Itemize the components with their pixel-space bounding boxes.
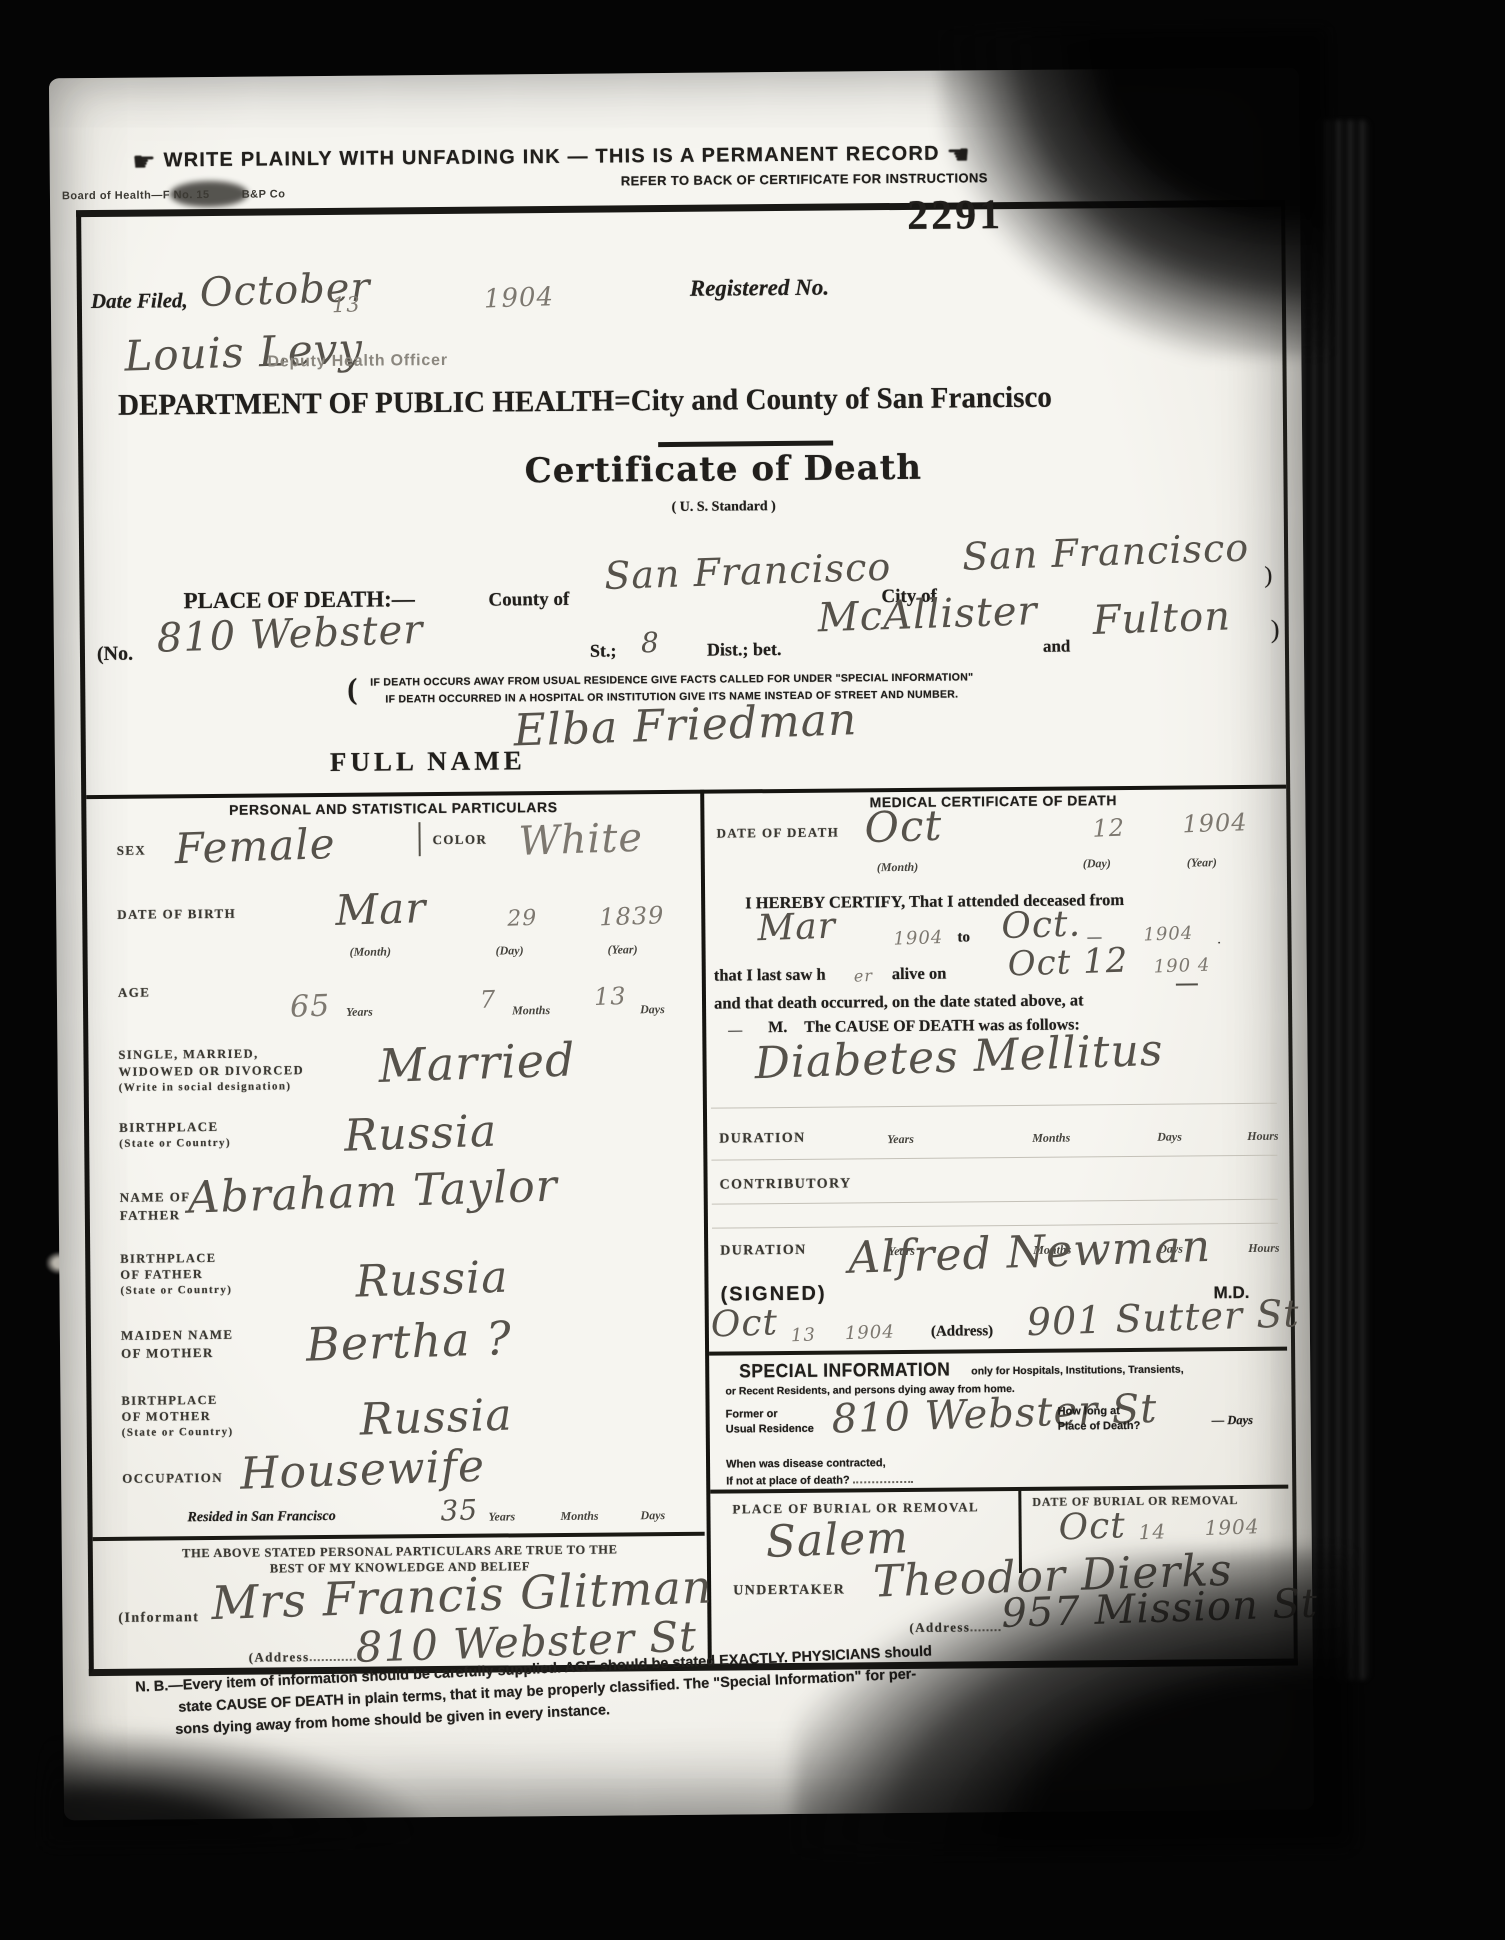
- district-close-paren: ): [1271, 615, 1280, 645]
- last-saw-suffix: alive on: [892, 964, 947, 984]
- resided-months-caption: Months: [560, 1509, 598, 1524]
- city-value: San Francisco: [961, 525, 1249, 578]
- color-value: White: [518, 815, 644, 865]
- signed-month: Oct: [710, 1302, 778, 1345]
- dob-year: 1839: [599, 901, 665, 931]
- contracted-label-1: When was disease contracted,: [726, 1456, 913, 1473]
- certificate-box: Date Filed, October 13 1904 Registered N…: [76, 200, 1298, 1676]
- signed-year: 1904: [845, 1321, 895, 1344]
- age-years-caption: Years: [346, 1005, 373, 1020]
- marital-label-2: WIDOWED OR DIVORCED: [119, 1062, 305, 1080]
- signed-day: 13: [791, 1324, 817, 1346]
- father-bp-label-3: (State or Country): [120, 1282, 232, 1297]
- date-of-death-day: 12: [1092, 814, 1125, 843]
- father-birthplace-value: Russia: [355, 1252, 510, 1308]
- date-filed-day: 13: [332, 292, 362, 317]
- age-months-caption: Months: [512, 1003, 550, 1018]
- form-rule-3: [712, 1199, 1278, 1205]
- dob-day: 29: [507, 906, 538, 932]
- usual-residence-label: Former or Usual Residence: [726, 1407, 814, 1439]
- informant-address-label: (Address: [249, 1649, 356, 1666]
- district-value: 8: [640, 626, 660, 660]
- physician-signature: Alfred Newman: [847, 1221, 1211, 1284]
- dob-day-caption: (Day): [496, 943, 524, 958]
- special-info-title: SPECIAL INFORMATION: [739, 1360, 950, 1384]
- form-rule-1: [711, 1103, 1277, 1109]
- last-saw-prefix: that I last saw h: [714, 965, 826, 986]
- mother-birthplace-label: BIRTHPLACE OF MOTHER (State or Country): [121, 1392, 233, 1440]
- health-officer-title: Deputy Health Officer: [267, 352, 448, 372]
- burial-date-month: Oct: [1058, 1505, 1126, 1548]
- how-long-label-2: Place of Death?: [1058, 1419, 1141, 1435]
- mother-label-2: OF MOTHER: [121, 1343, 234, 1362]
- birthplace-label-2: (State or Country): [119, 1135, 231, 1151]
- medical-section-title: MEDICAL CERTIFICATE OF DEATH: [704, 791, 1282, 812]
- duration1-years: Years: [887, 1132, 914, 1147]
- dob-month: Mar: [334, 883, 427, 935]
- how-long-label-1: How long at: [1058, 1404, 1141, 1420]
- county-value: San Francisco: [604, 545, 892, 598]
- informant-label: (Informant: [118, 1610, 199, 1627]
- duration1-hours: Hours: [1247, 1129, 1278, 1144]
- duration-label-2: DURATION: [720, 1243, 807, 1260]
- scan-background: ☛ WRITE PLAINLY WITH UNFADING INK — THIS…: [0, 0, 1505, 1940]
- date-filed-label: Date Filed,: [91, 288, 188, 314]
- cross-street-2: Fulton: [1092, 593, 1232, 644]
- marital-label: SINGLE, MARRIED, WIDOWED OR DIVORCED (Wr…: [118, 1045, 304, 1095]
- mother-bp-label-1: BIRTHPLACE: [121, 1392, 233, 1409]
- date-of-death-label: DATE OF DEATH: [716, 825, 839, 842]
- date-filed-year: 1904: [483, 282, 554, 314]
- registered-no-label: Registered No.: [690, 275, 829, 302]
- title-rule: [658, 441, 833, 448]
- mother-bp-label-3: (State or Country): [122, 1424, 234, 1439]
- mother-name-value: Bertha ?: [305, 1311, 513, 1372]
- personal-column: PERSONAL AND STATISTICAL PARTICULARS SEX…: [86, 790, 708, 1669]
- age-days-caption: Days: [640, 1002, 665, 1017]
- age-label: AGE: [118, 985, 151, 1001]
- special-info-rule: [709, 1347, 1287, 1356]
- dod-month-caption: (Month): [877, 860, 918, 875]
- resided-years-caption: Years: [488, 1509, 515, 1524]
- father-label-1: NAME OF: [120, 1188, 191, 1206]
- mother-label-1: MAIDEN NAME: [121, 1326, 234, 1345]
- full-name-value: Elba Friedman: [513, 694, 858, 756]
- age-days: 13: [594, 982, 627, 1011]
- city-close-paren: ): [1264, 563, 1272, 590]
- informant-address-label-text: (Address: [249, 1649, 310, 1665]
- form-rule-2: [711, 1155, 1277, 1161]
- pointing-hand-right-icon: ☛: [132, 147, 157, 177]
- birthplace-value: Russia: [343, 1106, 498, 1162]
- color-label: COLOR: [433, 832, 488, 848]
- occupation-value: Housewife: [239, 1441, 485, 1500]
- how-long-days-caption: — Days: [1212, 1413, 1253, 1428]
- form-number-text: Board of Health—F No. 15: [62, 189, 210, 202]
- father-name-label: NAME OF FATHER: [120, 1188, 191, 1224]
- mother-birthplace-value: Russia: [359, 1390, 514, 1446]
- sex-value: Female: [174, 819, 336, 873]
- attest-rule: [93, 1532, 705, 1541]
- marital-label-1: SINGLE, MARRIED,: [118, 1045, 304, 1063]
- attended-to-month: Oct.: [1001, 903, 1082, 947]
- contributory-label: CONTRIBUTORY: [720, 1176, 852, 1193]
- mother-name-label: MAIDEN NAME OF MOTHER: [121, 1326, 234, 1362]
- marital-value: Married: [378, 1032, 577, 1092]
- dob-month-caption: (Month): [350, 944, 391, 959]
- last-saw-pronoun: er: [853, 966, 873, 986]
- address-dotted-rule: [309, 1649, 355, 1661]
- death-certificate-page: ☛ WRITE PLAINLY WITH UNFADING INK — THIS…: [49, 67, 1314, 1820]
- banner-text: WRITE PLAINLY WITH UNFADING INK — THIS I…: [164, 143, 940, 172]
- last-saw-underline: [1176, 983, 1198, 985]
- father-bp-label-1: BIRTHPLACE: [120, 1250, 232, 1267]
- birthplace-label: BIRTHPLACE (State or Country): [119, 1118, 231, 1151]
- residence-label-1: Former or: [726, 1407, 814, 1423]
- duration1-days: Days: [1157, 1130, 1182, 1145]
- street-value: 810 Webster: [156, 607, 424, 662]
- to-period: .: [1217, 931, 1220, 947]
- duration1-months: Months: [1032, 1131, 1070, 1146]
- signed-address-label: (Address): [931, 1323, 993, 1341]
- refer-instructions: REFER TO BACK OF CERTIFICATE FOR INSTRUC…: [550, 170, 988, 189]
- burial-date-year: 1904: [1204, 1514, 1260, 1540]
- attended-from-year: 1904: [893, 927, 943, 950]
- resided-years-value: 35: [440, 1493, 479, 1527]
- date-of-death-year: 1904: [1182, 808, 1248, 838]
- note-open-paren: (: [347, 673, 357, 707]
- duration-label-1: DURATION: [719, 1131, 806, 1148]
- contracted-dotted-rule: [853, 1471, 913, 1484]
- m-dash: —: [728, 1023, 742, 1039]
- last-saw-date: Oct 12: [1007, 941, 1129, 985]
- date-of-death-month: Oct: [864, 801, 943, 853]
- age-years: 65: [289, 988, 330, 1024]
- birthplace-label-1: BIRTHPLACE: [119, 1118, 231, 1137]
- medical-column: MEDICAL CERTIFICATE OF DEATH DATE OF DEA…: [704, 785, 1290, 1664]
- dod-day-caption: (Day): [1083, 856, 1111, 871]
- age-months: 7: [480, 985, 497, 1014]
- page-corner-shadow-bottom-left: [43, 1723, 444, 1846]
- m-label: M.: [768, 1019, 787, 1037]
- page-corner-shadow-top-right: [939, 27, 1332, 360]
- burial-date-day: 14: [1138, 1519, 1166, 1544]
- district-label: Dist.; bet.: [707, 639, 782, 661]
- county-label: County of: [488, 589, 569, 612]
- physician-address: 901 Sutter St: [1026, 1291, 1300, 1344]
- attended-to-year: 1904: [1143, 923, 1193, 946]
- father-name-value: Abraham Taylor: [187, 1160, 559, 1223]
- last-saw-year: 190 4: [1153, 955, 1210, 978]
- full-name-label: FULL NAME: [330, 745, 526, 778]
- resided-days-caption: Days: [640, 1508, 665, 1523]
- dob-label: DATE OF BIRTH: [117, 906, 236, 923]
- duration2-hours: Hours: [1248, 1241, 1279, 1256]
- resided-label: Resided in San Francisco: [187, 1509, 335, 1526]
- occurred-text: and that death occurred, on the date sta…: [714, 990, 1084, 1013]
- occupation-label: OCCUPATION: [122, 1470, 223, 1487]
- page-corner-shadow-bottom-right: [792, 1549, 1355, 1854]
- disease-contracted-label: When was disease contracted, If not at p…: [726, 1456, 913, 1490]
- sex-label: SEX: [117, 843, 147, 859]
- cross-street-1: McAllister: [817, 588, 1038, 641]
- father-birthplace-label: BIRTHPLACE OF FATHER (State or Country): [120, 1250, 232, 1298]
- mother-bp-label-2: OF MOTHER: [122, 1408, 234, 1425]
- how-long-label: How long at Place of Death?: [1058, 1404, 1141, 1436]
- father-bp-label-2: OF FATHER: [120, 1266, 232, 1283]
- color-divider-mark: [418, 822, 420, 856]
- department-title: DEPARTMENT OF PUBLIC HEALTH=City and Cou…: [118, 381, 972, 422]
- attended-from-month: Mar: [757, 906, 837, 950]
- residence-label-2: Usual Residence: [726, 1422, 814, 1438]
- dob-year-caption: (Year): [608, 942, 638, 957]
- father-label-2: FATHER: [120, 1206, 191, 1224]
- street-label: St.;: [590, 640, 617, 661]
- certificate-title: Certificate of Death: [443, 447, 1003, 492]
- contracted-label-2: If not at place of death?: [726, 1475, 850, 1488]
- residence-note-1: IF DEATH OCCURS AWAY FROM USUAL RESIDENC…: [370, 671, 973, 688]
- printer-imprint-text: B&P Co: [242, 188, 286, 200]
- certificate-standard: ( U. S. Standard ): [444, 497, 1004, 518]
- form-number-line: Board of Health—F No. 15 B&P Co: [62, 188, 286, 202]
- street-number-label: (No.: [97, 643, 133, 666]
- to-label: to: [957, 929, 970, 946]
- special-info-note-1: only for Hospitals, Institutions, Transi…: [971, 1364, 1183, 1378]
- dod-year-caption: (Year): [1187, 855, 1217, 870]
- and-label: and: [1043, 636, 1071, 656]
- marital-label-3: (Write in social designation): [119, 1079, 305, 1095]
